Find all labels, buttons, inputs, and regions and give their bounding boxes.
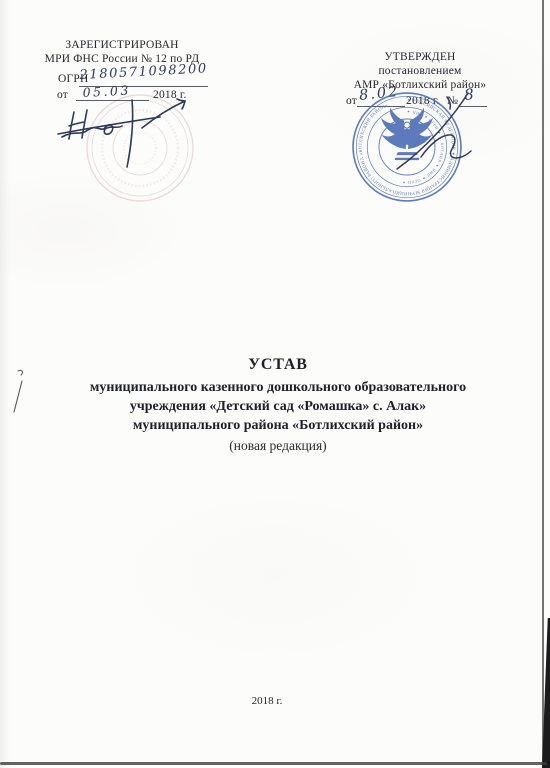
charter-title-line1: муниципального казенного дошкольного обр… bbox=[6, 379, 550, 396]
sun-icon bbox=[404, 122, 410, 128]
charter-title: УСТАВ bbox=[6, 356, 550, 373]
approved-authority: АМР «Ботлихский район» bbox=[320, 78, 520, 92]
registered-date-prefix: от bbox=[57, 88, 68, 102]
registered-heading: ЗАРЕГИСТРИРОВАН bbox=[22, 38, 222, 52]
seal-pedestal-icon bbox=[396, 152, 417, 155]
charter-title-line2: учреждения «Детский сад «Ромашка» с. Ала… bbox=[6, 398, 550, 415]
seal-inner-ring-text: ✦ ИНН ✦ ОГРН ✦ С. БОТЛИХ ✦ ИНН ✦ ОГРН ✦ bbox=[401, 109, 445, 185]
seal-base-bar-icon bbox=[395, 158, 419, 160]
approved-heading: УТВЕРЖДЕН bbox=[320, 50, 520, 64]
charter-edition-note: (новая редакция) bbox=[6, 437, 550, 454]
registered-date-underline bbox=[76, 86, 149, 101]
scanned-charter-title-page: ЗАРЕГИСТРИРОВАН МРИ ФНС России № 12 по Р… bbox=[0, 0, 550, 768]
approved-by-line: постановлением bbox=[320, 64, 520, 78]
faint-round-stamp bbox=[84, 92, 196, 204]
scan-right-edge-line bbox=[542, 0, 544, 768]
approved-number-underline bbox=[459, 92, 487, 107]
charter-title-line3: муниципального района «Ботлихский район» bbox=[6, 417, 550, 434]
registered-year: 2018 г. bbox=[153, 88, 187, 102]
scan-bottom-edge-line bbox=[0, 762, 547, 765]
official-seal-stamp: ✦ РОССИЙСКАЯ ФЕДЕРАЦИЯ ✦ АДМИНИСТРАЦИЯ М… bbox=[351, 91, 463, 203]
footer-year: 2018 г. bbox=[0, 695, 534, 707]
svg-text:✦ ИНН ✦ ОГРН ✦ С. БОТЛИХ ✦ ИНН: ✦ ИНН ✦ ОГРН ✦ С. БОТЛИХ ✦ ИНН ✦ ОГРН ✦ bbox=[401, 109, 445, 185]
